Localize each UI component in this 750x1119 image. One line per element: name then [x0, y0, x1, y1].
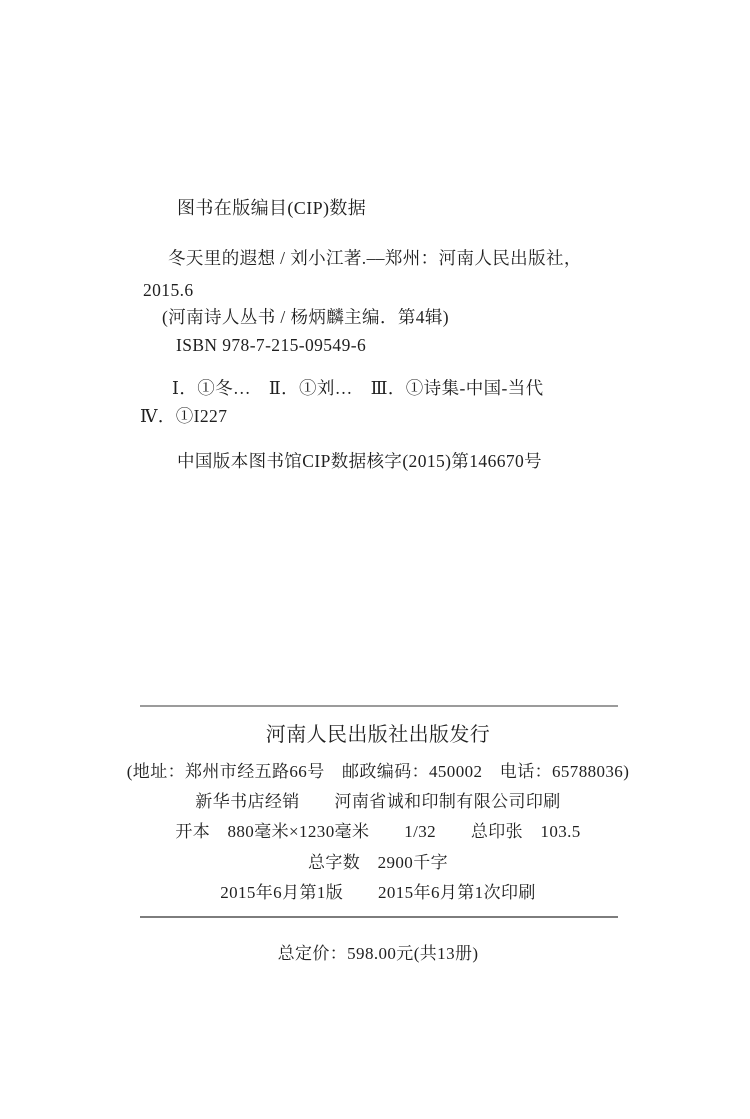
cip-classification-line-1: Ⅰ．①冬… Ⅱ．①刘… Ⅲ．①诗集-中国-当代 — [172, 376, 544, 400]
cip-series-note: (河南诗人丛书 / 杨炳麟主编．第4辑) — [162, 305, 449, 329]
cip-classification-line-2: Ⅳ．①I227 — [140, 404, 227, 428]
format-line: 开本 880毫米×1230毫米 1/32 总印张 103.5 — [120, 820, 636, 844]
cip-record-number: 中国版本图书馆CIP数据核字(2015)第146670号 — [177, 449, 542, 473]
word-count-line: 总字数 2900千字 — [120, 851, 636, 875]
price-line: 总定价：598.00元(共13册) — [120, 942, 636, 966]
cip-heading: 图书在版编目(CIP)数据 — [177, 196, 366, 220]
divider-top — [140, 705, 618, 707]
distribution-line: 新华书店经销 河南省诚和印制有限公司印刷 — [120, 790, 636, 814]
book-copyright-page: 图书在版编目(CIP)数据 冬天里的遐想 / 刘小江著.––郑州：河南人民出版社… — [0, 0, 750, 1119]
publisher-line: 河南人民出版社出版发行 — [120, 723, 636, 747]
divider-bottom — [140, 916, 618, 918]
cip-isbn: ISBN 978-7-215-09549-6 — [176, 333, 366, 357]
cip-entry-line-1: 冬天里的遐想 / 刘小江著.––郑州：河南人民出版社， — [168, 246, 582, 270]
cip-entry-line-2: 2015.6 — [143, 278, 194, 302]
edition-line: 2015年6月第1版 2015年6月第1次印刷 — [120, 881, 636, 905]
address-line: (地址：郑州市经五路66号 邮政编码：450002 电话：65788036) — [120, 760, 636, 784]
